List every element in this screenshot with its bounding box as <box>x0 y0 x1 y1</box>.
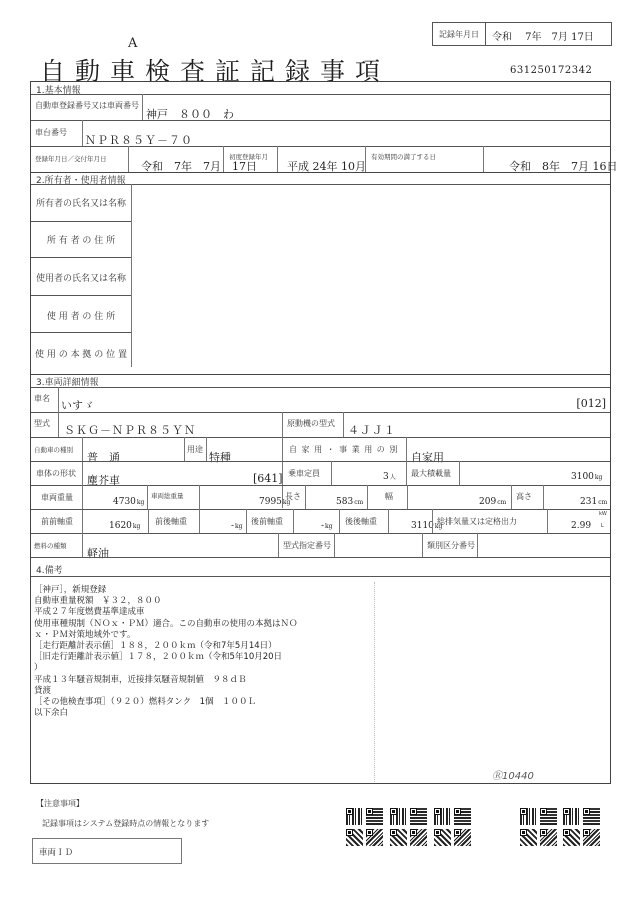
length-unit: cm <box>354 499 363 506</box>
length-label: 長さ <box>285 491 301 502</box>
ff-axle-label: 前前軸重 <box>41 516 73 527</box>
remarks-line: ） <box>34 663 374 674</box>
rf-axle-label: 後前軸重 <box>251 516 283 527</box>
displacement-unit-l: L <box>601 523 604 529</box>
fr-axle-number: - <box>231 521 234 531</box>
capacity-value: 3人 <box>383 472 396 482</box>
private-business-value: 自家用 <box>411 449 444 465</box>
rf-axle-number: - <box>321 521 324 531</box>
ff-axle-unit: kg <box>133 523 140 530</box>
height-number: 231 <box>580 497 597 507</box>
notice-heading: 【注意事項】 <box>36 798 84 809</box>
remarks-line: ［走行距離計表示値］１８８，２００ｋｍ（令和7年5月14日） <box>34 641 374 652</box>
user-name-label: 使用者の氏名又は名称 <box>31 271 131 284</box>
remarks-line: 自動車重量税額 ￥３２，８００ <box>34 596 374 607</box>
gross-weight-label: 車両総重量 <box>151 491 184 500</box>
purpose-value: 特種 <box>209 449 231 465</box>
first-registration-label: 初度登録年月 <box>229 152 268 161</box>
remarks-line: 平成２７年度燃費基準達成車 <box>34 607 374 618</box>
record-date-box: 記録年月日 令和 7年 7月 17日 <box>432 22 612 46</box>
engine-model-label: 原動機の型式 <box>287 418 335 429</box>
base-location-label: 使 用 の 本 拠 の 位 置 <box>31 347 131 360</box>
record-form: 1.基本情報 自動車登録番号又は車両番号 神戸 ８００ わ 車台番号 ＮＰＲ８５… <box>30 81 611 784</box>
qr-code-icon <box>434 808 474 850</box>
length-value: 583cm <box>336 497 363 507</box>
category-label: 類別区分番号 <box>427 540 475 551</box>
remarks-line: ［旧走行距離計表示値］１７８，２００ｋｍ（令和5年10月20日 <box>34 652 374 663</box>
vehicle-id-field: 車両ＩＤ <box>32 838 182 864</box>
record-date-label: 記録年月日 <box>433 23 486 45</box>
remarks-line: 使用車種規制（ＮＯｘ・ＰＭ）適合。この自動車の使用の本拠はＮＯ <box>34 619 374 630</box>
registration-date-label: 登録年月日／交付年月日 <box>35 154 107 163</box>
remarks-line: ｘ・ＰＭ対策地域外です。 <box>34 630 374 641</box>
model-value: ＳＫＧ－ＮＰＲ８５ＹＮ <box>64 422 196 438</box>
expiry-label: 有効期間の満了する日 <box>371 152 436 161</box>
fr-axle-unit: kg <box>235 523 242 530</box>
displacement-label: 総排気量又は定格出力 <box>437 516 517 527</box>
qr-code-icon <box>346 808 386 850</box>
displacement-value: 2.99 <box>571 521 591 531</box>
vehicle-weight-unit: kg <box>137 499 144 506</box>
width-number: 209 <box>479 497 496 507</box>
model-label: 型式 <box>34 418 50 429</box>
engine-model-value: ４ＪＪ１ <box>348 422 396 438</box>
record-date-value: 令和 7年 7月 17日 <box>486 23 611 45</box>
max-load-number: 3100 <box>571 472 594 482</box>
car-name-label: 車名 <box>34 393 50 404</box>
height-unit: cm <box>598 499 607 506</box>
body-shape-label: 車体の形状 <box>36 468 76 479</box>
height-label: 高さ <box>516 491 532 502</box>
qr-code-icon <box>390 808 430 850</box>
length-number: 583 <box>336 497 353 507</box>
owner-address-label: 所 有 者 の 住 所 <box>31 233 131 246</box>
owner-name-label: 所有者の氏名又は名称 <box>31 196 131 209</box>
remarks-line: 以下余白 <box>34 708 374 719</box>
qr-code-icon <box>563 808 603 850</box>
vehicle-weight-number: 4730 <box>113 497 136 507</box>
vehicle-weight-label: 車両重量 <box>41 492 73 503</box>
rr-axle-number: 3110 <box>411 521 434 531</box>
vehicle-id-label: 車両ＩＤ <box>39 846 73 858</box>
qr-code-icon <box>520 808 560 850</box>
car-name-code: [012] <box>576 397 606 410</box>
remarks-line: ［その他検査事項］（９２０）燃料タンク 1個 １００Ｌ <box>34 697 374 708</box>
corner-letter: A <box>128 36 137 51</box>
vehicle-type-value: 普 通 <box>87 449 120 465</box>
section4-heading: 4.備考 <box>36 563 63 576</box>
rr-axle-label: 後後軸重 <box>345 516 377 527</box>
gross-weight-number: 7995 <box>259 497 282 507</box>
notice-text: 記録事項はシステム登録時点の情報となります <box>42 818 209 829</box>
fr-axle-value: -kg <box>231 521 243 531</box>
vehicle-weight-value: 4730kg <box>113 497 144 507</box>
type-designation-label: 型式指定番号 <box>283 540 331 551</box>
max-load-value: 3100kg <box>571 472 602 482</box>
width-value: 209cm <box>479 497 506 507</box>
fuel-label: 燃料の種類 <box>34 541 67 550</box>
body-shape-code: [641] <box>253 472 283 485</box>
remarks-line: 平成１３年騒音規制車，近接排気騒音規制値 ９８ｄＢ <box>34 675 374 686</box>
handwritten-note: Ⓡ10440 <box>492 767 534 782</box>
user-address-label: 使 用 者 の 住 所 <box>31 309 131 322</box>
document-number: 631250172342 <box>510 65 592 76</box>
fr-axle-label: 前後軸重 <box>155 516 187 527</box>
displacement-unit-kw: kW <box>599 511 607 517</box>
fuel-value: 軽油 <box>87 545 109 561</box>
remarks-line: 貸渡 <box>34 686 374 697</box>
width-label: 幅 <box>385 491 393 502</box>
chassis-number-label: 車台番号 <box>35 127 67 138</box>
capacity-label: 乗車定員 <box>288 468 320 479</box>
width-unit: cm <box>497 499 506 506</box>
ff-axle-value: 1620kg <box>109 521 140 531</box>
max-load-label: 最大積載量 <box>411 468 451 479</box>
remarks-text: ［神戸］，新規登録自動車重量税額 ￥３２，８００平成２７年度燃費基準達成車使用車… <box>34 585 374 719</box>
ff-axle-number: 1620 <box>109 521 132 531</box>
car-name-value: いすゞ <box>61 397 94 413</box>
vehicle-type-label: 自動車の種別 <box>34 445 73 454</box>
private-business-label: 自 家 用 ・ 事 業 用 の 別 <box>289 444 398 455</box>
rf-axle-value: -kg <box>321 521 333 531</box>
registration-number-label: 自動車登録番号又は車両番号 <box>35 100 139 111</box>
rf-axle-unit: kg <box>325 523 332 530</box>
remarks-line: ［神戸］，新規登録 <box>34 585 374 596</box>
capacity-number: 3 <box>383 472 389 482</box>
capacity-unit: 人 <box>390 474 396 481</box>
height-value: 231cm <box>580 497 607 507</box>
max-load-unit: kg <box>595 474 602 481</box>
purpose-label: 用途 <box>187 444 203 455</box>
